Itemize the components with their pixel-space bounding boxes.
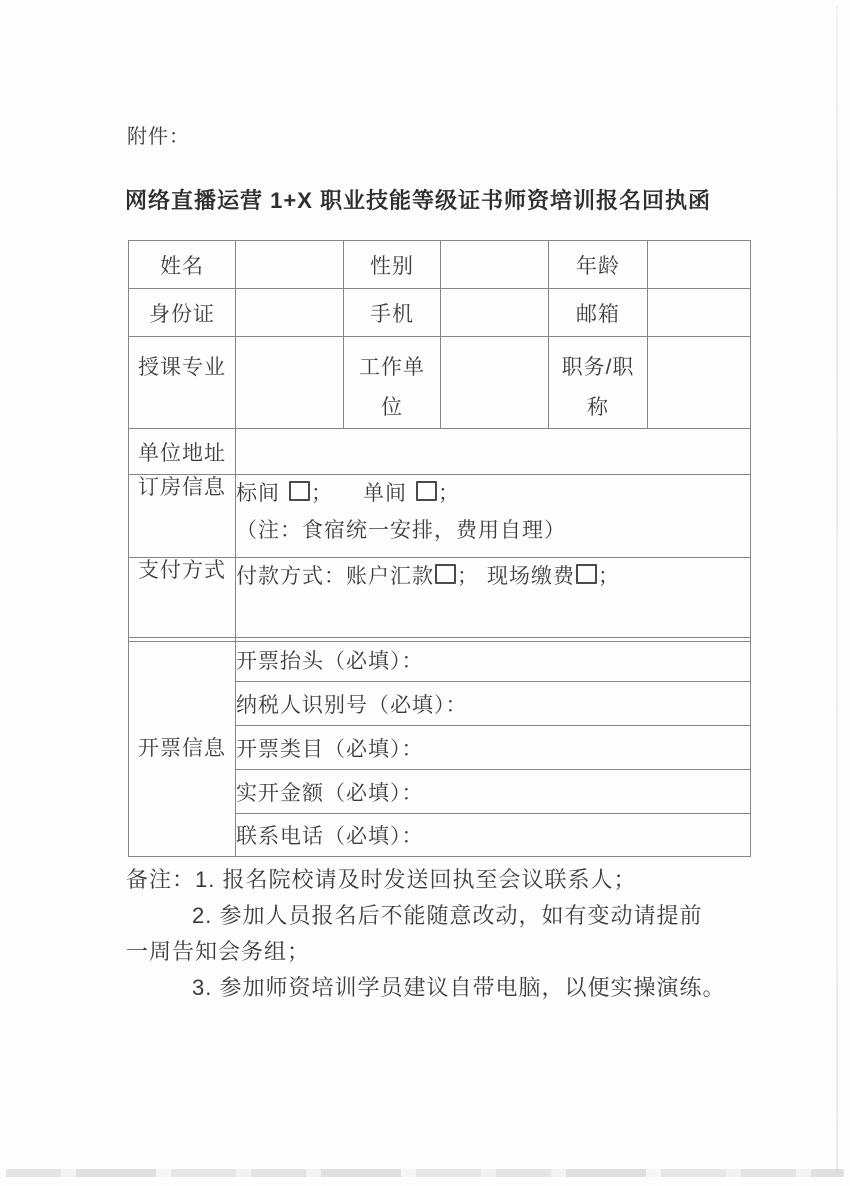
- teaching-major-label: 授课专业: [129, 337, 236, 429]
- invoice-info-table: 开票信息 开票抬头（必填）： 纳税人识别号（必填）： 开票类目（必填）： 实开金…: [128, 637, 751, 857]
- position-title-label: 职务/职称: [549, 337, 648, 429]
- email-value-cell: [648, 289, 751, 337]
- separator-text: ；: [311, 482, 333, 505]
- mobile-value-cell: [441, 289, 549, 337]
- row-invoice-header: 开票信息 开票抬头（必填）：: [129, 638, 751, 682]
- teaching-major-value-cell: [236, 337, 344, 429]
- work-unit-text: 工作单位: [352, 348, 432, 428]
- row-major-workunit-title: 授课专业 工作单位 职务/职称: [129, 337, 751, 429]
- onsite-payment-checkbox-icon: [576, 564, 597, 584]
- email-label: 邮箱: [549, 289, 648, 337]
- position-title-text: 职务/职称: [558, 348, 638, 428]
- remarks-section: 备注：1. 报名院校请及时发送回执至会议联系人； 2. 参加人员报名后不能随意改…: [126, 862, 766, 1006]
- mobile-label: 手机: [344, 289, 441, 337]
- booking-info-label: 订房信息: [129, 475, 236, 558]
- bank-transfer-text: 账户汇款: [346, 565, 434, 588]
- gender-value-cell: [441, 241, 549, 289]
- row-id-phone-email: 身份证 手机 邮箱: [129, 289, 751, 337]
- age-value-cell: [648, 241, 751, 289]
- scan-artifact-bottom-edge: [6, 1169, 844, 1177]
- position-title-value-cell: [648, 337, 751, 429]
- standard-room-text: 标间: [236, 482, 280, 505]
- row-booking-info: 订房信息 标间；单间； （注：食宿统一安排，费用自理）: [129, 475, 751, 558]
- work-unit-label: 工作单位: [344, 337, 441, 429]
- gender-label: 性别: [344, 241, 441, 289]
- payment-method-content: 付款方式：账户汇款；现场缴费；: [236, 558, 751, 642]
- age-label: 年龄: [549, 241, 648, 289]
- booking-info-content: 标间；单间； （注：食宿统一安排，费用自理）: [236, 475, 751, 558]
- bank-transfer-checkbox-icon: [435, 564, 456, 584]
- payment-method-label: 支付方式: [129, 558, 236, 642]
- scan-artifact-right-edge: [836, 6, 838, 1174]
- remark-line-3: 一周告知会务组；: [126, 934, 766, 970]
- payment-prefix-text: 付款方式：: [236, 565, 346, 588]
- invoice-info-label: 开票信息: [129, 638, 236, 857]
- standard-room-checkbox-icon: [289, 481, 310, 501]
- separator-text: ；: [598, 565, 620, 588]
- single-room-checkbox-icon: [416, 481, 437, 501]
- document-title: 网络直播运营 1+X 职业技能等级证书师资培训报名回执函: [0, 184, 836, 215]
- onsite-payment-text: 现场缴费: [487, 565, 575, 588]
- payment-options-line: 付款方式：账户汇款；现场缴费；: [236, 558, 750, 595]
- invoice-title-field: 开票抬头（必填）：: [236, 638, 751, 682]
- name-label: 姓名: [129, 241, 236, 289]
- invoice-category-field: 开票类目（必填）：: [236, 726, 751, 770]
- remark-line-2: 2. 参加人员报名后不能随意改动，如有变动请提前: [126, 898, 766, 934]
- booking-note-line: （注：食宿统一安排，费用自理）: [236, 512, 750, 549]
- teaching-major-text: 授课专业: [138, 356, 226, 379]
- id-card-value-cell: [236, 289, 344, 337]
- separator-text: ；: [457, 565, 479, 588]
- unit-address-value-cell: [236, 429, 751, 475]
- name-value-cell: [236, 241, 344, 289]
- booking-options-line: 标间；单间；: [236, 475, 750, 512]
- taxpayer-id-field: 纳税人识别号（必填）：: [236, 682, 751, 726]
- row-payment-method: 支付方式 付款方式：账户汇款；现场缴费；: [129, 558, 751, 642]
- single-room-text: 单间: [363, 482, 407, 505]
- invoice-amount-field: 实开金额（必填）：: [236, 770, 751, 814]
- id-card-label: 身份证: [129, 289, 236, 337]
- scanned-document-page: 附件： 网络直播运营 1+X 职业技能等级证书师资培训报名回执函 姓名 性别 年…: [0, 0, 850, 1186]
- work-unit-value-cell: [441, 337, 549, 429]
- remark-line-1: 备注：1. 报名院校请及时发送回执至会议联系人；: [126, 862, 766, 898]
- contact-phone-field: 联系电话（必填）：: [236, 814, 751, 857]
- row-unit-address: 单位地址: [129, 429, 751, 475]
- attachment-label: 附件：: [127, 120, 190, 149]
- separator-text: ；: [438, 482, 460, 505]
- registration-form-table: 姓名 性别 年龄 身份证 手机 邮箱 授课专业 工作单位 职务/职称 单位地址: [128, 240, 751, 642]
- remark-line-4: 3. 参加师资培训学员建议自带电脑，以便实操演练。: [126, 970, 766, 1006]
- row-name-gender-age: 姓名 性别 年龄: [129, 241, 751, 289]
- unit-address-label: 单位地址: [129, 429, 236, 475]
